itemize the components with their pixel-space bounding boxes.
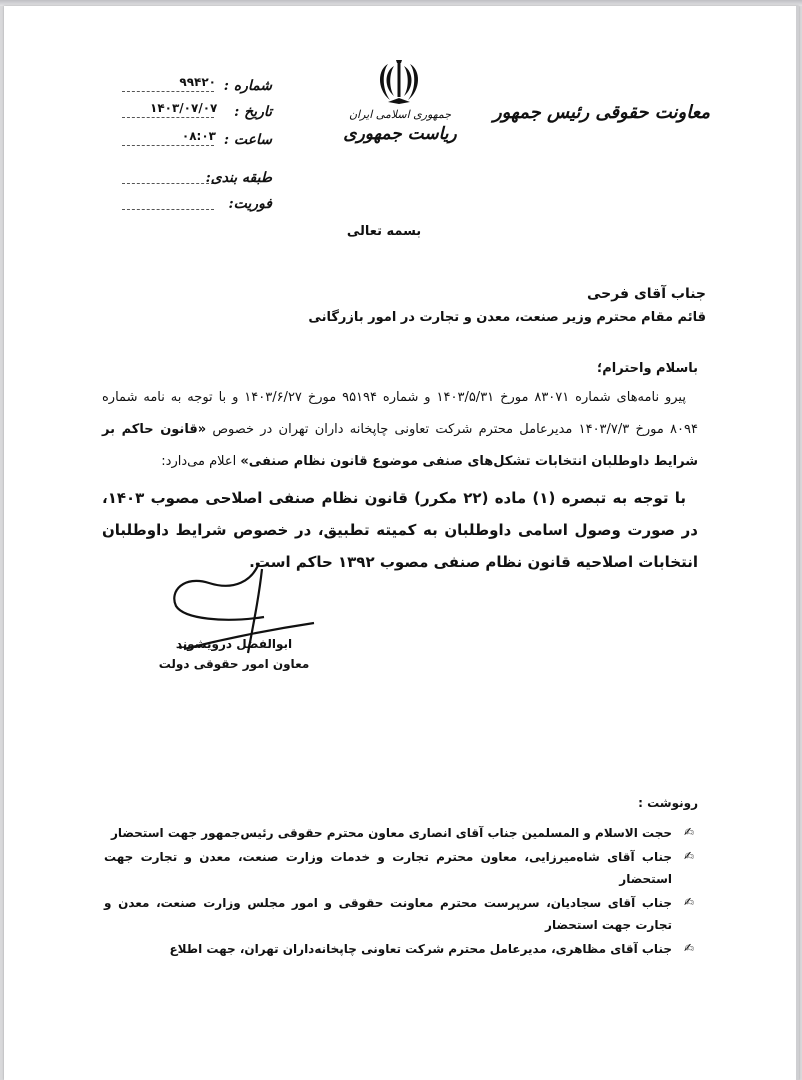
letter-page: ۹۹۴۲۰ شماره : ۱۴۰۳/۰۷/۰۷ تاریخ : ۰۸:۰۳ س… (4, 6, 799, 1080)
department-title: معاونت حقوقی رئیس جمهور (493, 102, 710, 123)
emblem-caption-country: جمهوری اسلامی ایران (340, 108, 460, 121)
cc-item: ✍ جناب آقای سجادیان، سرپرست محترم معاونت… (104, 892, 698, 936)
recipient-name: جناب آقای فرحی (306, 282, 706, 306)
dotted-line (122, 145, 214, 146)
meta-classification-label: طبقه بندی: (206, 170, 272, 186)
dotted-line (122, 117, 214, 118)
meta-time: ۰۸:۰۳ ساعت : (122, 124, 272, 148)
cc-item-text: جناب آقای سجادیان، سرپرست محترم معاونت ح… (104, 896, 672, 932)
meta-classification: طبقه بندی: (122, 162, 272, 186)
meta-time-label: ساعت : (224, 132, 272, 148)
cc-item-text: حجت الاسلام و المسلمین جناب آقای انصاری … (111, 826, 672, 840)
signer-name: ابوالفضل درویشوند (154, 634, 314, 654)
dotted-line (122, 183, 214, 184)
cc-title: رونوشت : (104, 796, 698, 810)
pen-hand-bullet-icon: ✍ (682, 895, 696, 909)
meta-number-value: ۹۹۴۲۰ (150, 75, 216, 89)
meta-date: ۱۴۰۳/۰۷/۰۷ تاریخ : (122, 96, 272, 120)
meta-date-value: ۱۴۰۳/۰۷/۰۷ (150, 101, 216, 115)
emblem-caption-presidency: ریاست جمهوری (340, 124, 460, 144)
greeting: باسلام واحترام؛ (102, 356, 698, 382)
cc-section: رونوشت : ✍ حجت الاسلام و المسلمین جناب آ… (104, 796, 698, 962)
meta-number-label: شماره : (224, 78, 272, 94)
letter-body: باسلام واحترام؛ پیرو نامه‌های شماره ۸۳۰۷… (102, 356, 698, 578)
meta-urgency: فوریت: (122, 188, 272, 212)
recipient-title: قائم مقام محترم وزیر صنعت، معدن و تجارت … (306, 306, 706, 330)
meta-number: ۹۹۴۲۰ شماره : (122, 70, 272, 94)
meta-date-label: تاریخ : (234, 104, 272, 120)
iran-emblem-icon (376, 58, 422, 108)
cc-item: ✍ جناب آقای مظاهری، مدیرعامل محترم شرکت … (104, 938, 698, 960)
pen-hand-bullet-icon: ✍ (682, 849, 696, 863)
cc-item: ✍ حجت الاسلام و المسلمین جناب آقای انصار… (104, 822, 698, 844)
cc-item-text: جناب آقای شاه‌میرزایی، معاون محترم تجارت… (104, 850, 672, 886)
paragraph-reference: پیرو نامه‌های شماره ۸۳۰۷۱ مورخ ۱۴۰۳/۵/۳۱… (102, 382, 698, 478)
cc-item-text: جناب آقای مظاهری، مدیرعامل محترم شرکت تع… (169, 942, 672, 956)
meta-time-value: ۰۸:۰۳ (150, 129, 216, 143)
cc-item: ✍ جناب آقای شاه‌میرزایی، معاون محترم تجا… (104, 846, 698, 890)
signer-title: معاون امور حقوقی دولت (154, 654, 314, 674)
meta-urgency-label: فوریت: (229, 196, 273, 212)
recipient-block: جناب آقای فرحی قائم مقام محترم وزیر صنعت… (306, 282, 706, 330)
dotted-line (122, 209, 214, 210)
bismillah-heading: بسمه تعالی (334, 224, 434, 239)
paragraph-reference-ending: اعلام می‌دارد: (161, 454, 240, 469)
signer-block: ابوالفضل درویشوند معاون امور حقوقی دولت (154, 634, 314, 674)
dotted-line (122, 91, 214, 92)
pen-hand-bullet-icon: ✍ (682, 941, 696, 955)
pen-hand-bullet-icon: ✍ (682, 825, 696, 839)
